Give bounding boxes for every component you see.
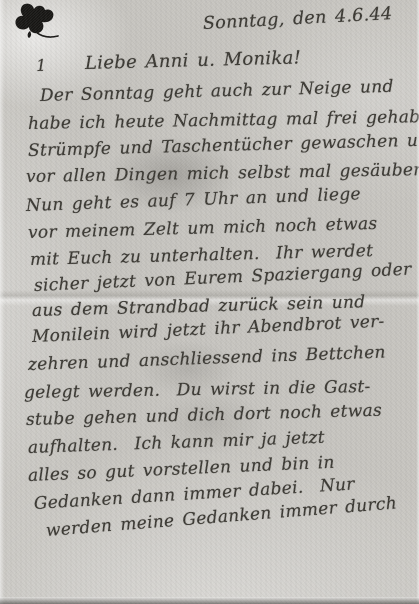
letter-line: Nun geht es auf 7 Uhr an und liege bbox=[26, 184, 362, 216]
letter-line: Strümpfe und Taschentücher gewaschen und bbox=[28, 130, 419, 161]
letter-line: zehren und anschliessend ins Bettchen bbox=[28, 343, 386, 375]
paper-edge-bottom bbox=[0, 597, 419, 604]
date-line: Sonntag, den 4.6.44 bbox=[202, 4, 392, 34]
page-number: 1 bbox=[36, 56, 47, 75]
salutation: Liebe Anni u. Monika! bbox=[85, 47, 302, 74]
letter-line: vor allen Dingen mich selbst mal gesäube… bbox=[26, 160, 419, 187]
letter-line: Der Sonntag geht auch zur Neige und bbox=[40, 77, 394, 106]
letter-page: Sonntag, den 4.6.44 1 Liebe Anni u. Moni… bbox=[0, 0, 419, 604]
letter-line: aufhalten. Ich kann mir ja jetzt bbox=[28, 428, 326, 458]
letter-line: vor meinem Zelt um mich noch etwas bbox=[28, 214, 378, 243]
letter-line: gelegt werden. Du wirst in die Gast- bbox=[24, 377, 371, 403]
ink-blot bbox=[6, 1, 66, 49]
letter-line: habe ich heute Nachmittag mal frei gehab… bbox=[28, 107, 419, 134]
letter-line: stube gehen und dich dort noch etwas bbox=[26, 401, 383, 430]
paper-edge-left bbox=[0, 0, 4, 604]
